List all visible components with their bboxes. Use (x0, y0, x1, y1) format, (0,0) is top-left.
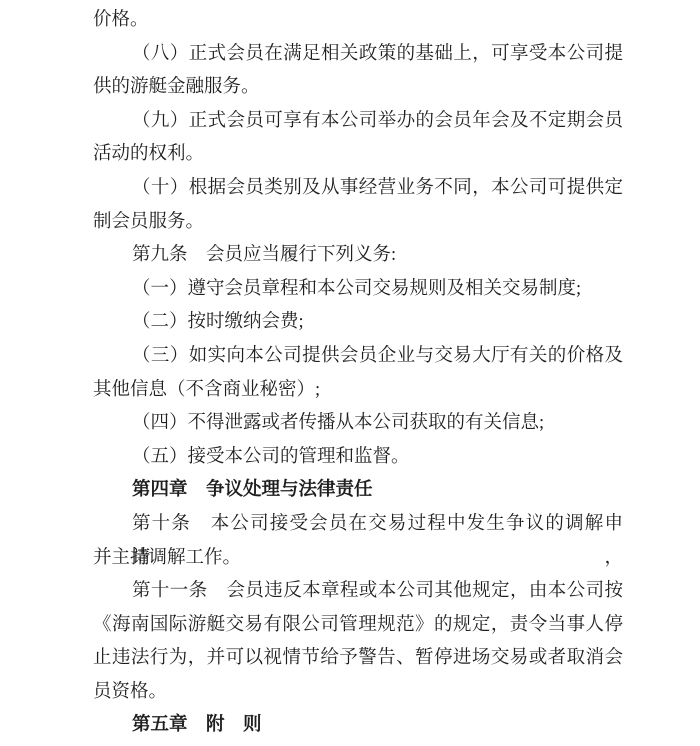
clause-9-line: 活动的权利。 (93, 138, 623, 172)
document-text-column: 价格。 （八）正式会员在满足相关政策的基础上，可享受本公司提 供的游艇金融服务。… (93, 4, 623, 743)
article-11-line: 第十一条 会员违反本章程或本公司其他规定，由本公司按 (93, 575, 623, 609)
clause-8-line: （八）正式会员在满足相关政策的基础上，可享受本公司提 (93, 38, 623, 72)
duty-4-line: （四）不得泄露或者传播从本公司获取的有关信息; (93, 407, 623, 441)
duty-3-line: 其他信息（不含商业秘密）; (93, 374, 623, 408)
clause-10-line: 制会员服务。 (93, 206, 623, 240)
article-11-line: 止违法行为，并可以视情节给予警告、暂停进场交易或者取消会 (93, 642, 623, 676)
clause-8-line: 供的游艇金融服务。 (93, 71, 623, 105)
article-9-line: 第九条 会员应当履行下列义务: (93, 239, 623, 273)
article-11-line: 《海南国际游艇交易有限公司管理规范》的规定，责令当事人停 (93, 609, 623, 643)
duty-3-line: （三）如实向本公司提供会员企业与交易大厅有关的价格及 (93, 340, 623, 374)
text-line: 价格。 (93, 4, 623, 38)
document-page: 价格。 （八）正式会员在满足相关政策的基础上，可享受本公司提 供的游艇金融服务。… (0, 0, 700, 746)
article-11-line: 员资格。 (93, 676, 623, 710)
clause-9-line: （九）正式会员可享有本公司举办的会员年会及不定期会员 (93, 105, 623, 139)
clause-10-line: （十）根据会员类别及从事经营业务不同，本公司可提供定 (93, 172, 623, 206)
duty-5-line: （五）接受本公司的管理和监督。 (93, 441, 623, 475)
duty-2-line: （二）按时缴纳会费; (93, 306, 623, 340)
chapter-5-heading: 第五章 附 则 (93, 709, 623, 743)
duty-1-line: （一）遵守会员章程和本公司交易规则及相关交易制度; (93, 273, 623, 307)
article-10-line: 第十条 本公司接受会员在交易过程中发生争议的调解申请， (93, 508, 623, 542)
chapter-4-heading: 第四章 争议处理与法律责任 (93, 474, 623, 508)
